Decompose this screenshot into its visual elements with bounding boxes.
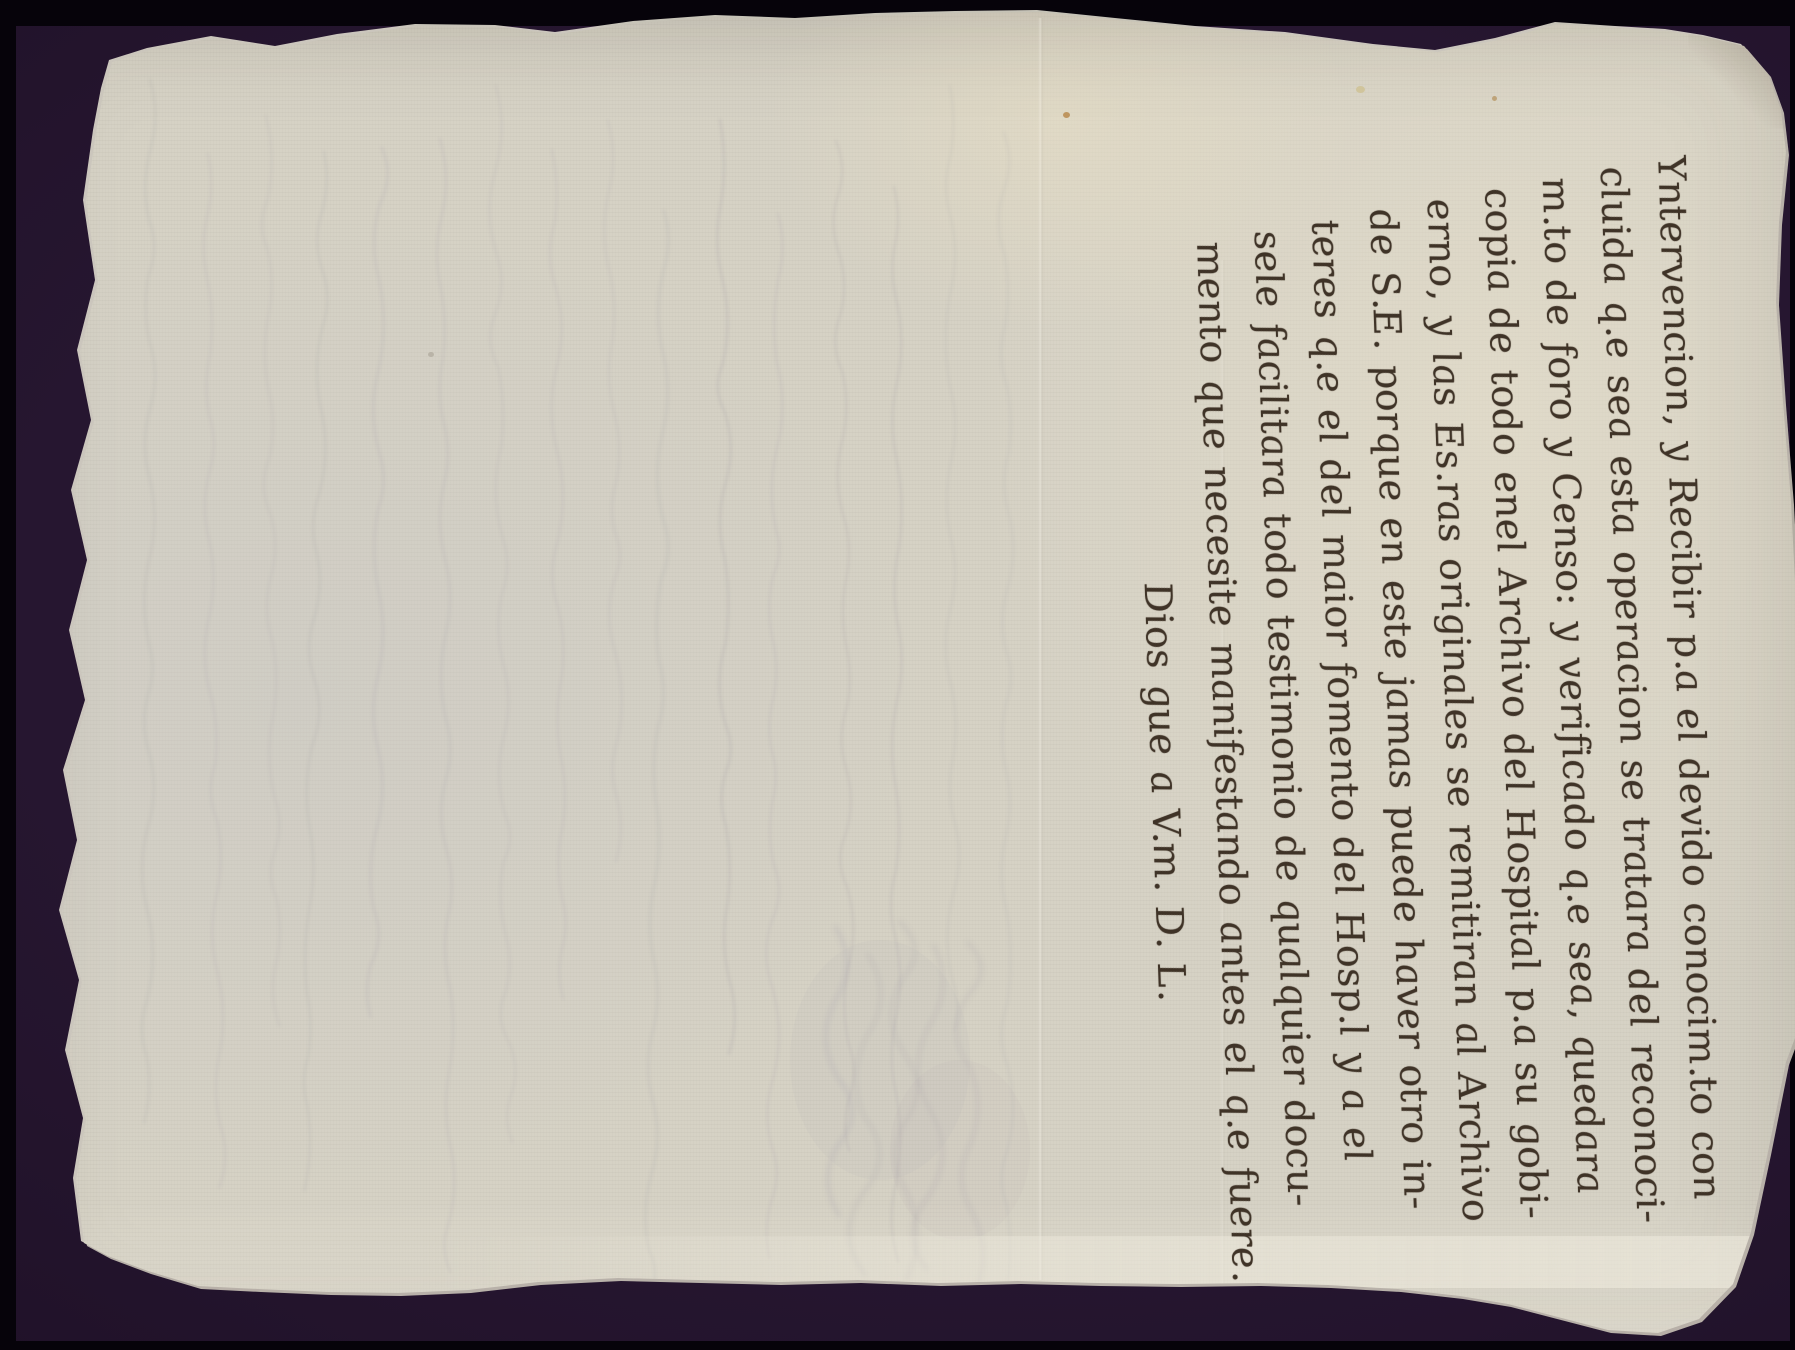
manuscript-text-block: Yntervencion, y Recibir p.a el devido co… bbox=[1117, 150, 1736, 1297]
showthrough-stroke bbox=[550, 150, 565, 999]
showthrough-stroke bbox=[645, 211, 668, 1299]
manuscript-page: Yntervencion, y Recibir p.a el devido co… bbox=[0, 0, 1795, 1350]
showthrough-blotch bbox=[890, 1060, 1030, 1240]
showthrough-stroke bbox=[204, 154, 225, 1187]
stain-fleck bbox=[1492, 96, 1497, 101]
showthrough-stroke bbox=[490, 86, 516, 1142]
showthrough-stroke bbox=[437, 139, 454, 1272]
stain-fleck bbox=[1063, 112, 1070, 118]
photo-backdrop: Yntervencion, y Recibir p.a el devido co… bbox=[0, 0, 1795, 1350]
showthrough-stroke bbox=[304, 152, 327, 1190]
showthrough-stroke bbox=[262, 116, 280, 1025]
stain-fleck bbox=[428, 352, 434, 357]
showthrough-stroke bbox=[717, 120, 734, 1053]
showthrough-stroke bbox=[766, 214, 782, 1258]
showthrough-stroke bbox=[367, 148, 387, 1016]
showthrough-stroke bbox=[946, 86, 959, 1030]
stain-fleck bbox=[1356, 86, 1365, 93]
showthrough-stroke bbox=[604, 121, 621, 861]
showthrough-stroke bbox=[142, 80, 155, 1122]
